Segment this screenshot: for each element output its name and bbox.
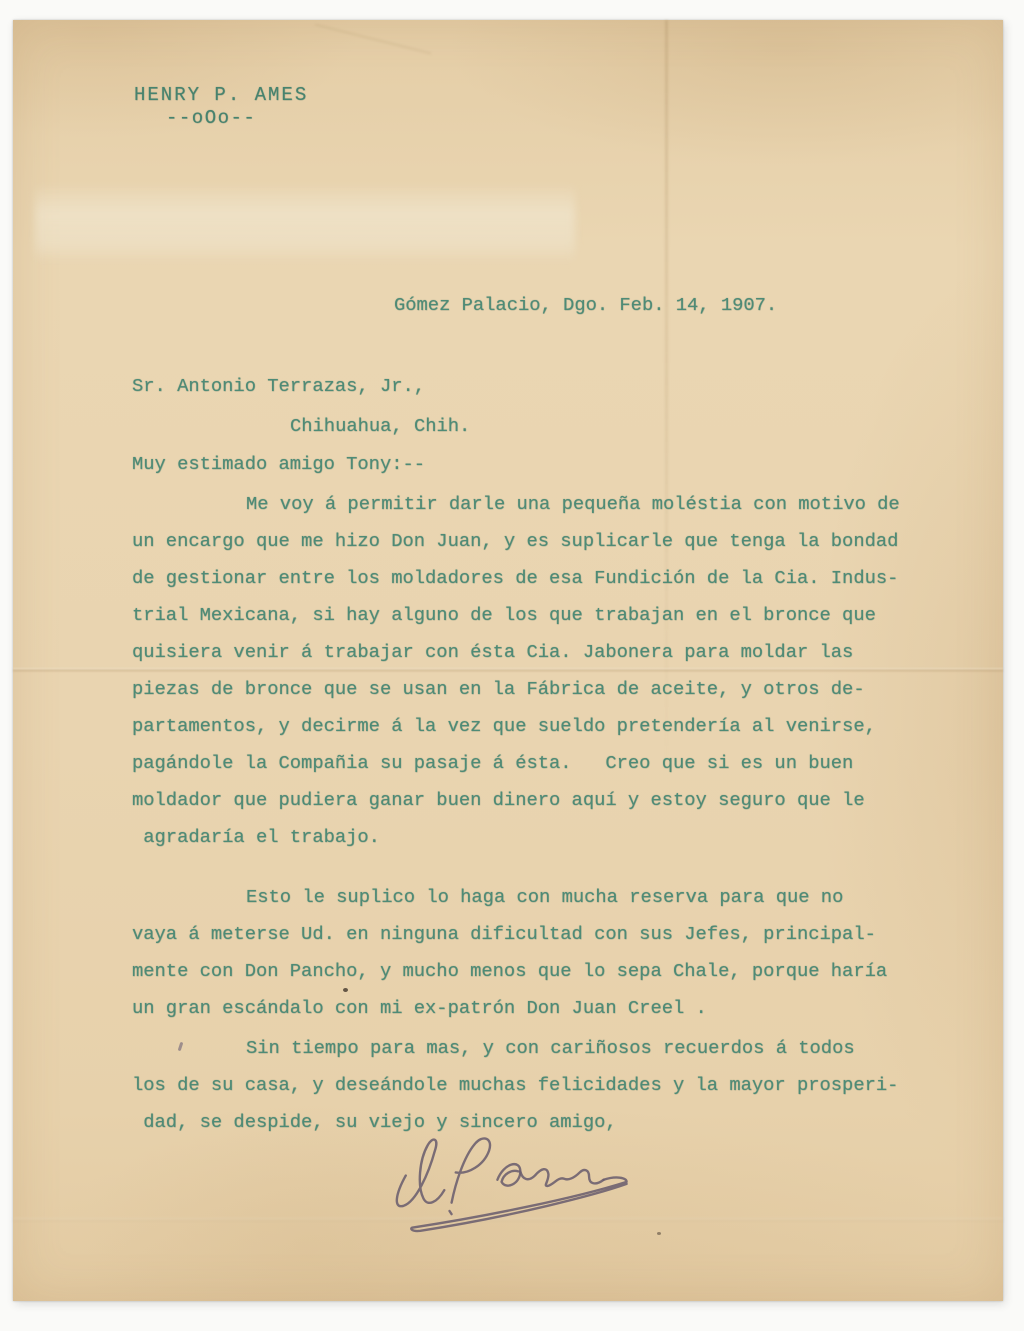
body-line: mente con Don Pancho, y mucho menos que … [132,959,887,983]
body-line: los de su casa, y deseándole muchas feli… [132,1073,898,1097]
body-line: Esto le suplico lo haga con mucha reserv… [246,885,843,909]
body-line: vaya á meterse Ud. en ninguna dificultad… [132,922,876,946]
letterhead-name: HENRY P. AMES [134,83,308,107]
dateline: Gómez Palacio, Dgo. Feb. 14, 1907. [394,293,777,317]
ink-speck [657,1232,661,1235]
body-line: moldador que pudiera ganar buen dinero a… [132,788,865,812]
pen-mark [178,1042,184,1051]
body-line: quisiera venir á trabajar con ésta Cia. … [132,640,853,664]
salutation: Muy estimado amigo Tony:-- [132,452,425,476]
body-line: trial Mexicana, si hay alguno de los que… [132,603,876,627]
recipient-city: Chihuahua, Chih. [290,414,470,438]
body-line: dad, se despide, su viejo y sincero amig… [132,1110,617,1134]
signature-handwritten [387,1132,637,1240]
ink-speck [343,988,348,992]
recipient-name: Sr. Antonio Terrazas, Jr., [132,374,425,398]
body-line: pagándole la Compañia su pasaje á ésta. … [132,751,853,775]
body-line: un encargo que me hizo Don Juan, y es su… [132,529,898,553]
body-line: Me voy á permitir darle una pequeña molé… [246,492,900,516]
body-line: Sin tiempo para mas, y con cariñosos rec… [246,1036,855,1060]
body-line: partamentos, y decirme á la vez que suel… [132,714,876,738]
body-line: agradaría el trabajo. [132,825,380,849]
body-line: piezas de bronce que se usan en la Fábri… [132,677,865,701]
body-line: de gestionar entre los moldadores de esa… [132,566,898,590]
letter-content: HENRY P. AMES --oOo-- Gómez Palacio, Dgo… [13,20,1003,1301]
letterhead-ornament: --oOo-- [166,106,256,130]
body-line: un gran escándalo con mi ex-patrón Don J… [132,996,707,1020]
letter-page: HENRY P. AMES --oOo-- Gómez Palacio, Dgo… [13,20,1003,1301]
